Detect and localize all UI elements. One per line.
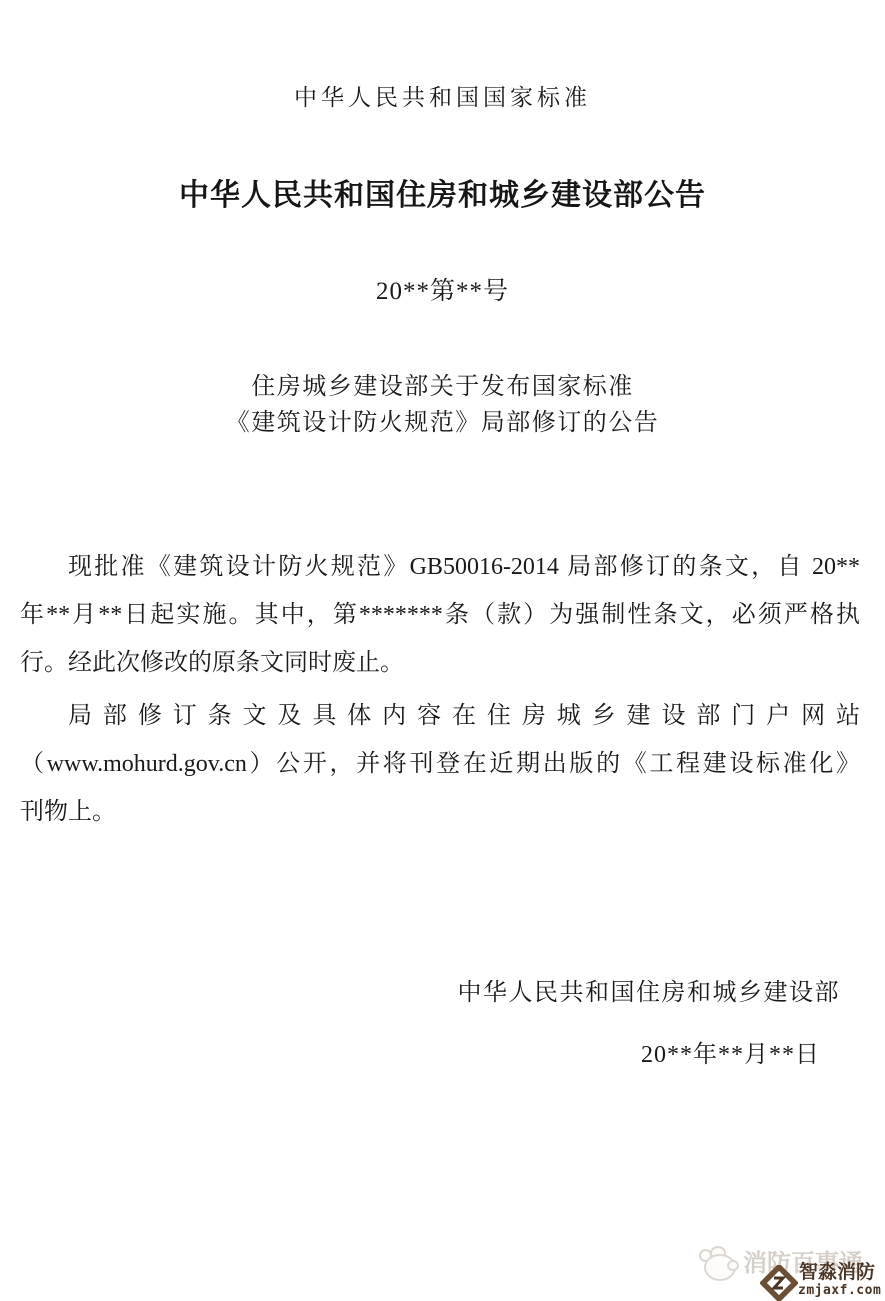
brand-name: 智淼消防 bbox=[799, 1262, 875, 1283]
brand-url: zmjaxf.com bbox=[798, 1283, 881, 1298]
doc-number: 20**第**号 bbox=[0, 277, 885, 307]
paragraph-1-line-3: 行。经此次修改的原条文同时废止。 bbox=[20, 639, 860, 687]
paragraph-2-line-2: （www.mohurd.gov.cn）公开，并将刊登在近期出版的《工程建设标准化… bbox=[20, 740, 860, 788]
paragraph-1-line-1: 现批准《建筑设计防火规范》GB50016-2014 局部修订的条文，自 20** bbox=[20, 543, 860, 591]
brand-diamond-icon bbox=[760, 1265, 798, 1301]
paragraph-2-line-3: 刊物上。 bbox=[20, 788, 860, 836]
paragraph-1: 现批准《建筑设计防火规范》GB50016-2014 局部修订的条文，自 20**… bbox=[20, 543, 860, 687]
signature: 中华人民共和国住房和城乡建设部 bbox=[458, 979, 841, 1007]
subtitle-line-2: 《建筑设计防火规范》局部修订的公告 bbox=[0, 408, 885, 438]
diamond-bolt bbox=[774, 1278, 783, 1288]
paragraph-2-line-1: 局部修订条文及具体内容在住房城乡建设部门户网站 bbox=[20, 692, 860, 740]
paragraph-2: 局部修订条文及具体内容在住房城乡建设部门户网站 （www.mohurd.gov.… bbox=[20, 692, 860, 836]
body-text: 现批准《建筑设计防火规范》GB50016-2014 局部修订的条文，自 20**… bbox=[20, 543, 860, 836]
standard-label: 中华人民共和国国家标准 bbox=[0, 84, 885, 112]
document-page: 中华人民共和国国家标准 中华人民共和国住房和城乡建设部公告 20**第**号 住… bbox=[0, 0, 885, 1301]
signature-date: 20**年**月**日 bbox=[641, 1041, 820, 1069]
page-title: 中华人民共和国住房和城乡建设部公告 bbox=[0, 177, 885, 215]
mascot-icon bbox=[697, 1246, 741, 1282]
subtitle-line-1: 住房城乡建设部关于发布国家标准 bbox=[0, 372, 885, 402]
paragraph-1-line-2: 年**月**日起实施。其中，第*******条（款）为强制性条文，必须严格执 bbox=[20, 591, 860, 639]
